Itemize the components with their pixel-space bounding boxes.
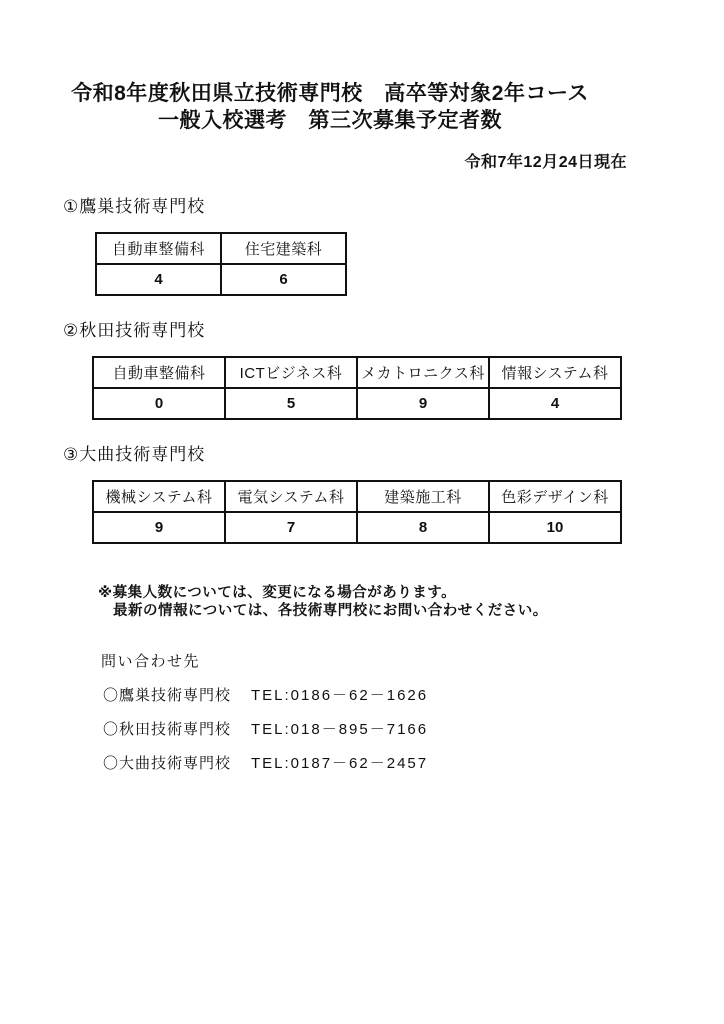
course-header-cell: 建築施工科: [357, 481, 489, 512]
page-title: 令和8年度秋田県立技術専門校 高卒等対象2年コース 一般入校選考 第三次募集予定…: [0, 0, 660, 134]
quota-value-cell: 10: [489, 512, 621, 543]
contact-school-name: 〇秋田技術専門校: [103, 721, 251, 739]
contact-heading: 問い合わせ先: [101, 650, 724, 671]
quota-value-cell: 9: [357, 388, 489, 419]
contact-phone-number: TEL:018－895－7166: [251, 721, 428, 739]
table-header-row: 自動車整備科 住宅建築科: [96, 233, 346, 264]
course-header-cell: 電気システム科: [225, 481, 357, 512]
table-header-row: 機械システム科 電気システム科 建築施工科 色彩デザイン科: [93, 481, 621, 512]
section-heading-takanosu: ①鷹巣技術専門校: [63, 192, 724, 217]
quota-value-cell: 6: [221, 264, 346, 295]
quota-value-cell: 0: [93, 388, 225, 419]
course-header-cell: 自動車整備科: [96, 233, 221, 264]
title-line-1: 令和8年度秋田県立技術専門校 高卒等対象2年コース: [0, 80, 660, 107]
table-value-row: 9 7 8 10: [93, 512, 621, 543]
contact-item-omagari: 〇大曲技術専門校 TEL:0187－62－2457: [103, 755, 724, 773]
note-line-2: 最新の情報については、各技術専門校にお問い合わせください。: [98, 602, 724, 620]
course-header-cell: 住宅建築科: [221, 233, 346, 264]
quota-value-cell: 5: [225, 388, 357, 419]
quota-value-cell: 9: [93, 512, 225, 543]
table-value-row: 0 5 9 4: [93, 388, 621, 419]
section-heading-omagari: ③大曲技術専門校: [63, 440, 724, 465]
course-header-cell: 色彩デザイン科: [489, 481, 621, 512]
table-value-row: 4 6: [96, 264, 346, 295]
quota-value-cell: 4: [96, 264, 221, 295]
contact-item-takanosu: 〇鷹巣技術専門校 TEL:0186－62－1626: [103, 687, 724, 705]
quota-value-cell: 8: [357, 512, 489, 543]
contact-phone-number: TEL:0186－62－1626: [251, 687, 428, 705]
notes-block: ※募集人数については、変更になる場合があります。 最新の情報については、各技術専…: [98, 584, 724, 620]
contact-phone-number: TEL:0187－62－2457: [251, 755, 428, 773]
quota-value-cell: 7: [225, 512, 357, 543]
contact-item-akita: 〇秋田技術専門校 TEL:018－895－7166: [103, 721, 724, 739]
quota-table-omagari: 機械システム科 電気システム科 建築施工科 色彩デザイン科 9 7 8 10: [92, 480, 622, 544]
quota-table-takanosu: 自動車整備科 住宅建築科 4 6: [95, 232, 347, 296]
quota-value-cell: 4: [489, 388, 621, 419]
section-takanosu: ①鷹巣技術専門校 自動車整備科 住宅建築科 4 6: [0, 192, 724, 296]
section-akita: ②秋田技術専門校 自動車整備科 ICTビジネス科 メカトロニクス科 情報システム…: [0, 316, 724, 420]
note-line-1: ※募集人数については、変更になる場合があります。: [98, 584, 724, 602]
section-omagari: ③大曲技術専門校 機械システム科 電気システム科 建築施工科 色彩デザイン科 9…: [0, 440, 724, 544]
table-header-row: 自動車整備科 ICTビジネス科 メカトロニクス科 情報システム科: [93, 357, 621, 388]
contact-school-name: 〇大曲技術専門校: [103, 755, 251, 773]
document-page: 令和8年度秋田県立技術専門校 高卒等対象2年コース 一般入校選考 第三次募集予定…: [0, 0, 724, 1024]
course-header-cell: 情報システム科: [489, 357, 621, 388]
course-header-cell: ICTビジネス科: [225, 357, 357, 388]
course-header-cell: 自動車整備科: [93, 357, 225, 388]
course-header-cell: 機械システム科: [93, 481, 225, 512]
quota-table-akita: 自動車整備科 ICTビジネス科 メカトロニクス科 情報システム科 0 5 9 4: [92, 356, 622, 420]
as-of-date: 令和7年12月24日現在: [0, 149, 724, 172]
contact-school-name: 〇鷹巣技術専門校: [103, 687, 251, 705]
section-heading-akita: ②秋田技術専門校: [63, 316, 724, 341]
title-line-2: 一般入校選考 第三次募集予定者数: [0, 107, 660, 134]
course-header-cell: メカトロニクス科: [357, 357, 489, 388]
